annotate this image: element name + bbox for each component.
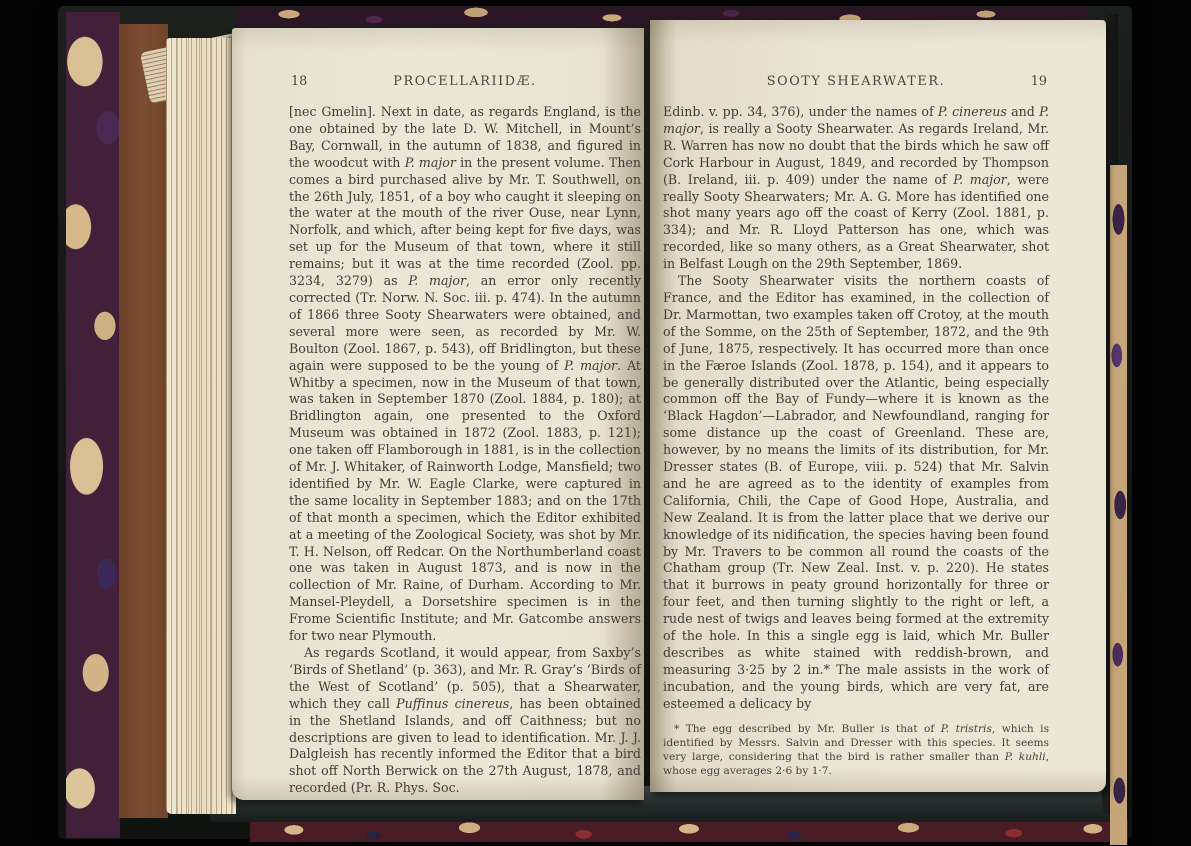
endpaper-brown-strip (119, 24, 168, 818)
right-page: SOOTY SHEARWATER. 19 Edinb. v. pp. 34, 3… (650, 20, 1106, 792)
left-page-content: 18 PROCELLARIIDÆ. [nec Gmelin]. Next in … (289, 74, 641, 797)
footnote: * The egg described by Mr. Buller is tha… (663, 722, 1049, 778)
right-running-title: SOOTY SHEARWATER. (663, 74, 1049, 89)
marbled-endpaper-right (1110, 165, 1127, 845)
right-page-header: SOOTY SHEARWATER. 19 (663, 74, 1049, 91)
left-page-header: 18 PROCELLARIIDÆ. (289, 74, 641, 91)
right-page-number: 19 (1031, 74, 1047, 89)
book-scan: 18 PROCELLARIIDÆ. [nec Gmelin]. Next in … (0, 0, 1191, 846)
right-page-text: Edinb. v. pp. 34, 376), under the names … (663, 104, 1049, 713)
page-edges-stack (166, 38, 236, 814)
left-page-text: [nec Gmelin]. Next in date, as regards E… (289, 104, 641, 797)
left-page: 18 PROCELLARIIDÆ. [nec Gmelin]. Next in … (232, 28, 644, 800)
marbled-edge-bottom (250, 820, 1128, 842)
marbled-endpaper-left (66, 12, 120, 838)
left-running-title: PROCELLARIIDÆ. (289, 74, 641, 89)
right-page-content: SOOTY SHEARWATER. 19 Edinb. v. pp. 34, 3… (663, 74, 1049, 778)
left-page-number: 18 (291, 74, 307, 89)
